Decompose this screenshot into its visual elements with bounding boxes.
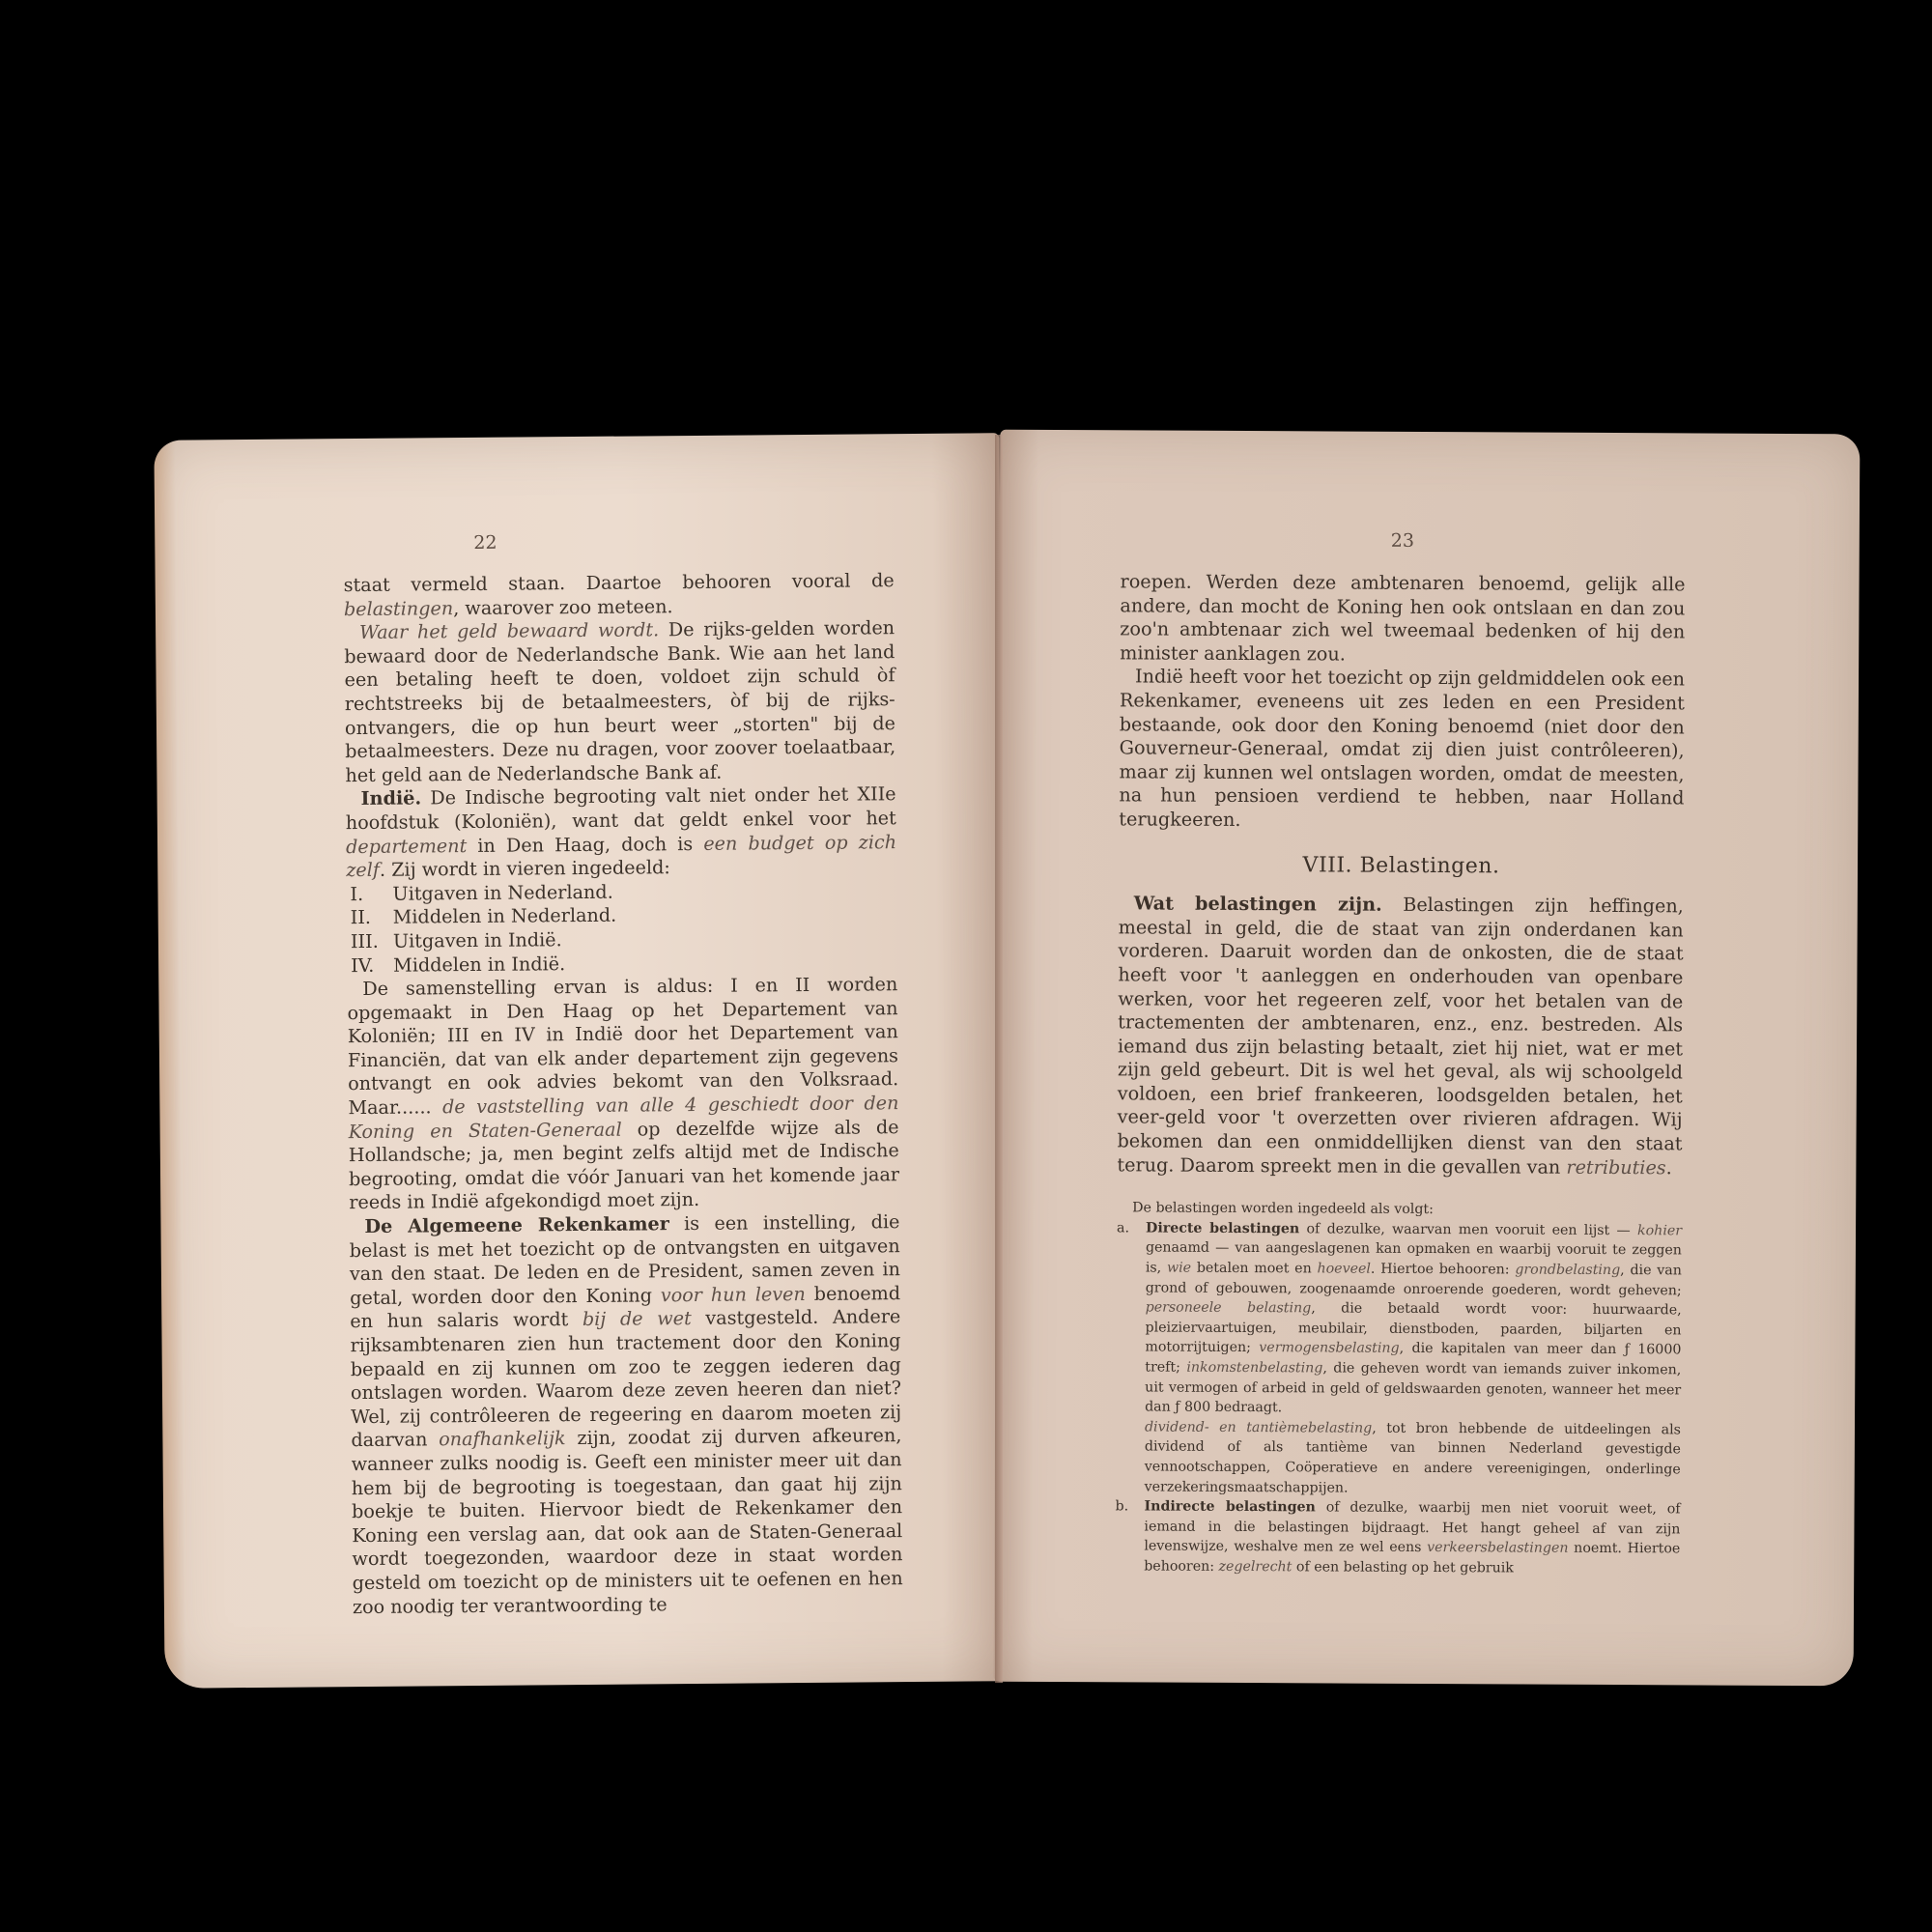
body-text: . Zij wordt in vieren ingedeeld:: [380, 856, 670, 881]
body-text: roepen. Werden deze ambtenaren benoemd, …: [1120, 570, 1685, 665]
body-text: of een belasting op het gebruik: [1292, 1559, 1514, 1576]
body-text: . Hiertoe behooren:: [1371, 1262, 1515, 1278]
left-page: 22 staat vermeld staan. Daartoe behooren…: [154, 433, 1009, 1689]
italic-text: grondbelasting: [1515, 1263, 1620, 1279]
italic-text: personeele belasting: [1146, 1300, 1312, 1317]
tax-classification: De belastingen worden ingedeeld als volg…: [1115, 1199, 1682, 1579]
bold-run-in-heading: Indirecte belastingen: [1145, 1499, 1316, 1516]
left-page-text: staat vermeld staan. Daartoe behooren vo…: [344, 569, 903, 1619]
italic-text: voor hun leven: [661, 1283, 806, 1306]
body-text: of dezulke, waarvan men vooruit een lijs…: [1299, 1221, 1637, 1238]
italic-text: retributies: [1566, 1155, 1665, 1179]
italic-text: Waar het geld bewaard wordt.: [359, 618, 659, 643]
paragraph: Indië heeft voor het toezicht op zijn ge…: [1119, 666, 1685, 835]
open-book: 22 staat vermeld staan. Daartoe behooren…: [0, 0, 1932, 1932]
italic-text: kohier: [1637, 1223, 1682, 1238]
body-text: , waarover zoo meteen.: [453, 595, 673, 619]
list-item-label: Uitgaven in Indië.: [393, 928, 562, 952]
roman-numeral: III.: [351, 930, 393, 954]
budget-divisions-list: I.Uitgaven in Nederland.II.Middelen in N…: [346, 878, 897, 978]
paragraph-group: roepen. Werden deze ambtenaren benoemd, …: [1119, 570, 1685, 835]
roman-numeral: I.: [350, 882, 392, 906]
classification-item: b.Indirecte belastingen of dezulke, waar…: [1115, 1496, 1680, 1578]
list-item-label: Uitgaven in Nederland.: [392, 880, 612, 904]
book-spine-gutter: [995, 435, 1003, 1683]
paragraph: staat vermeld staan. Daartoe behooren vo…: [344, 569, 895, 621]
right-page: 23 roepen. Werden deze ambtenaren benoem…: [994, 430, 1861, 1687]
right-page-text: roepen. Werden deze ambtenaren benoemd, …: [1115, 570, 1685, 1579]
section-heading: VIII. Belastingen.: [1119, 853, 1684, 880]
bold-run-in-heading: Indië.: [361, 787, 422, 810]
classification-items: a.Directe belastingen of dezulke, waarva…: [1115, 1218, 1682, 1579]
page-number: 22: [473, 532, 497, 554]
item-text: Indirecte belastingen of dezulke, waarbi…: [1144, 1497, 1680, 1579]
paragraph-group: Wat belastingen zijn. Belastingen zijn h…: [1117, 892, 1684, 1179]
page-number: 23: [1391, 530, 1414, 552]
italic-text: vermogensbelasting: [1259, 1341, 1399, 1357]
italic-text: inkomstenbelasting: [1186, 1360, 1322, 1377]
body-text: Belastingen zijn heffingen, meestal in g…: [1117, 894, 1684, 1179]
italic-text: bij de wet: [582, 1307, 692, 1330]
italic-text: wie: [1167, 1261, 1191, 1276]
classification-item: a.Directe belastingen of dezulke, waarva…: [1116, 1218, 1683, 1499]
paragraph-group: De samenstelling ervan is aldus: I en II…: [347, 973, 903, 1619]
roman-numeral: II.: [351, 906, 393, 930]
italic-text: belastingen: [344, 597, 453, 620]
paragraph: De samenstelling ervan is aldus: I en II…: [347, 973, 899, 1215]
paragraph: De Algemeene Rekenkamer is een instellin…: [349, 1210, 903, 1619]
bold-run-in-heading: Wat belastingen zijn.: [1134, 893, 1382, 916]
italic-text: zegelrecht: [1219, 1559, 1293, 1575]
body-text: .: [1666, 1156, 1672, 1179]
body-text: zijn, zoodat zij durven afkeuren, wannee…: [352, 1425, 903, 1618]
list-item-label: Middelen in Nederland.: [393, 904, 617, 928]
body-text: staat vermeld staan. Daartoe behooren vo…: [344, 569, 895, 596]
paragraph: Waar het geld bewaard wordt. De rijks-ge…: [344, 616, 895, 787]
item-label: a.: [1117, 1218, 1129, 1238]
paragraph: Indië. De Indische begrooting valt niet …: [346, 782, 897, 882]
body-text: in Den Haag, doch is: [467, 832, 703, 856]
roman-numeral: IV.: [351, 953, 393, 978]
italic-text: verkeersbelastingen: [1427, 1540, 1568, 1556]
paragraph: roepen. Werden deze ambtenaren benoemd, …: [1120, 570, 1686, 668]
paragraph-group: staat vermeld staan. Daartoe behooren vo…: [344, 569, 897, 883]
italic-text: dividend- en tantièmebelasting: [1145, 1419, 1372, 1435]
body-text: Indië heeft voor het toezicht op zijn ge…: [1119, 666, 1685, 831]
italic-text: hoeveel: [1317, 1261, 1371, 1276]
bold-run-in-heading: Directe belastingen: [1146, 1220, 1299, 1236]
italic-text: onafhankelijk: [439, 1428, 566, 1451]
item-text: Directe belastingen of dezulke, waarvan …: [1145, 1218, 1682, 1420]
italic-text: departement: [346, 835, 467, 858]
list-item-label: Middelen in Indië.: [393, 952, 565, 977]
body-text: betalen moet en: [1191, 1261, 1318, 1277]
item-label: b.: [1116, 1496, 1129, 1517]
body-text: De Indische begrooting valt niet onder h…: [346, 782, 896, 834]
item-text: dividend- en tantièmebelasting, tot bron…: [1145, 1417, 1681, 1499]
paragraph: Wat belastingen zijn. Belastingen zijn h…: [1117, 892, 1684, 1179]
bold-run-in-heading: De Algemeene Rekenkamer: [364, 1212, 668, 1237]
